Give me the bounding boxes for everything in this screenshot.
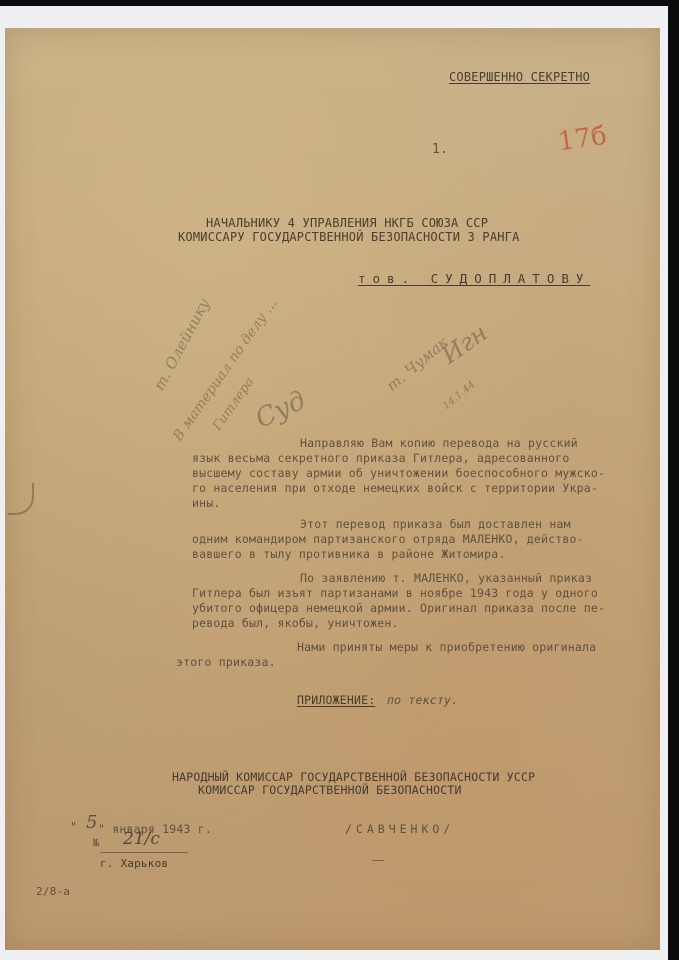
body-para1-line2: язык весьма секретного приказа Гитлера, … bbox=[192, 451, 570, 465]
addressee-name: тов. СУДОПЛАТОВУ bbox=[358, 271, 590, 286]
body-para1-line5: ины. bbox=[192, 496, 221, 510]
body-para1-line3: высшему составу армии об уничтожении бое… bbox=[192, 466, 605, 480]
attachment-label: ПРИЛОЖЕНИЕ: bbox=[297, 693, 375, 707]
body-para3-line4: ревода был, якобы, уничтожен. bbox=[192, 616, 399, 630]
page-mark: 1. bbox=[432, 142, 448, 157]
body-para3-line3: убитого офицера немецкой армии. Оригинал… bbox=[192, 601, 605, 615]
body-para4-line2: этого приказа. bbox=[176, 655, 276, 669]
date-day-handwritten: 5 bbox=[86, 812, 97, 833]
addressee-line-2: КОМИССАРУ ГОСУДАРСТВЕННОЙ БЕЗОПАСНОСТИ 3… bbox=[178, 230, 520, 244]
classification-stamp: СОВЕРШЕННО СЕКРЕТНО bbox=[449, 70, 590, 84]
document-code: 2/8-а bbox=[36, 885, 70, 898]
body-para2-line2: одним командиром партизанского отряда МА… bbox=[192, 532, 584, 546]
document-number-handwritten: 21/с bbox=[123, 829, 160, 849]
number-prefix: № bbox=[93, 838, 99, 849]
signature-dash bbox=[372, 860, 384, 861]
date-prefix: " bbox=[70, 820, 77, 834]
addressee-line-1: НАЧАЛЬНИКУ 4 УПРАВЛЕНИЯ НКГБ СОЮЗА ССР bbox=[206, 216, 488, 230]
number-underline bbox=[100, 852, 188, 853]
body-para1-line1: Направляю Вам копию перевода на русский bbox=[300, 436, 578, 450]
body-para2-line1: Этот перевод приказа был доставлен нам bbox=[300, 517, 571, 531]
signer-name: /САВЧЕНКО/ bbox=[345, 822, 454, 836]
attachment-value: по тексту. bbox=[387, 693, 458, 707]
city: г. Харьков bbox=[100, 857, 168, 870]
body-para3-line2: Гитлера был изъят партизанами в ноябре 1… bbox=[192, 586, 598, 600]
body-para2-line3: вавшего в тылу противника в районе Житом… bbox=[192, 547, 505, 561]
body-para1-line4: го населения при отходе немецких войск с… bbox=[192, 481, 598, 495]
body-para3-line1: По заявлению т. МАЛЕНКО, указанный прика… bbox=[300, 571, 592, 585]
body-para4-line1: Нами приняты меры к приобретению оригина… bbox=[297, 640, 596, 654]
signature-title-line-2: КОМИССАР ГОСУДАРСТВЕННОЙ БЕЗОПАСНОСТИ bbox=[198, 783, 462, 797]
signature-title-line-1: НАРОДНЫЙ КОМИССАР ГОСУДАРСТВЕННОЙ БЕЗОПА… bbox=[172, 770, 535, 784]
